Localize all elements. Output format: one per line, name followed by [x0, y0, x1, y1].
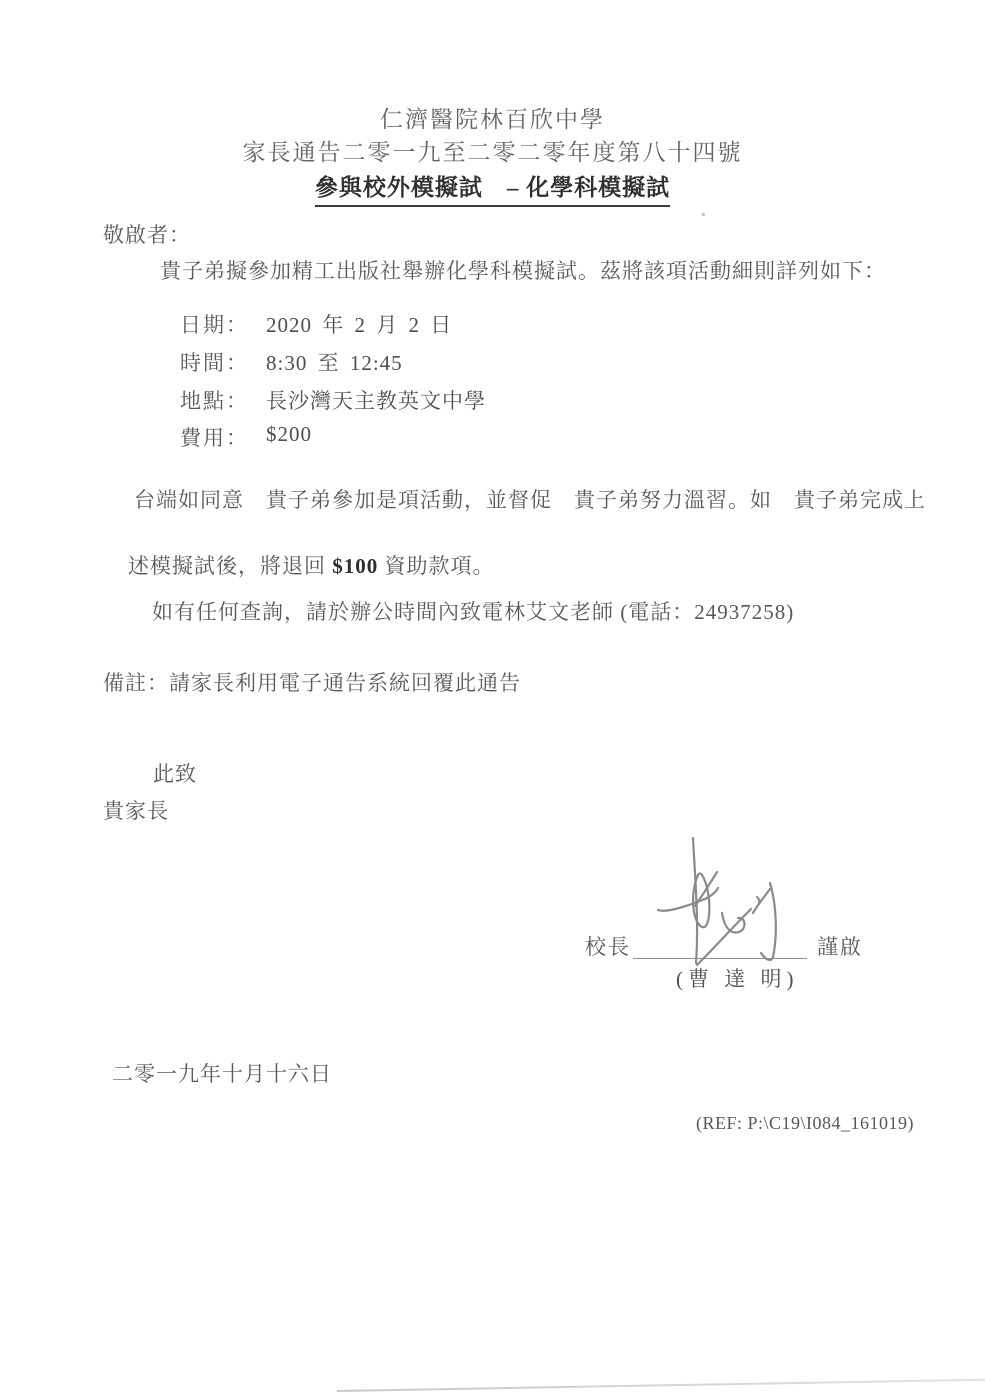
notice-number-line: 家長通告二零一九至二零二零年度第八十四號	[0, 134, 985, 167]
detail-row-time: 時間： 8:30 至 12:45	[180, 347, 403, 377]
detail-value-venue: 長沙灣天主教英文中學	[266, 385, 486, 415]
recipient: 貴家長	[103, 795, 169, 825]
detail-value-fee: $200	[266, 422, 312, 452]
signature-line	[633, 958, 807, 959]
detail-value-date: 2020 年 2 月 2 日	[266, 309, 452, 339]
body-line2-pre: 述模擬試後，將退回	[128, 554, 332, 578]
refund-amount: $100	[332, 554, 378, 578]
salutation: 敬啟者：	[103, 219, 191, 249]
signature-role: 校長	[585, 931, 631, 961]
detail-row-fee: 費用： $200	[180, 422, 312, 452]
notice-title-text: 參與校外模擬試 – 化學科模擬試	[315, 169, 670, 207]
closing-phrase: 此致	[153, 758, 197, 788]
detail-value-time: 8:30 至 12:45	[266, 347, 403, 377]
body-paragraph-line1: 台端如同意 貴子弟參加是項活動，並督促 貴子弟努力溫習。如 貴子弟完成上	[134, 484, 926, 514]
detail-row-date: 日期： 2020 年 2 月 2 日	[180, 309, 452, 339]
body-line2-post: 資助款項。	[378, 554, 494, 578]
issue-date: 二零一九年十月十六日	[112, 1058, 332, 1088]
event-details-list: 日期： 2020 年 2 月 2 日 時間： 8:30 至 12:45 地點： …	[180, 309, 680, 459]
notice-title: 參與校外模擬試 – 化學科模擬試	[0, 169, 985, 207]
detail-label-date: 日期：	[180, 309, 266, 339]
enquiry-line: 如有任何查詢，請於辦公時間內致電林艾文老師 (電話：24937258)	[152, 596, 794, 626]
signature-honorific: 謹啟	[817, 931, 863, 961]
principal-name: (曹 達 明)	[676, 963, 799, 993]
remark-line: 備註：請家長利用電子通告系統回覆此通告	[103, 667, 521, 697]
school-name: 仁濟醫院林百欣中學	[0, 101, 985, 134]
detail-row-venue: 地點： 長沙灣天主教英文中學	[180, 385, 486, 415]
intro-paragraph: 貴子弟擬參加精工出版社舉辦化學科模擬試。茲將該項活動細則詳列如下：	[160, 255, 886, 285]
scanned-letter-page: 仁濟醫院林百欣中學 家長通告二零一九至二零二零年度第八十四號 參與校外模擬試 –…	[0, 0, 985, 1394]
detail-label-fee: 費用：	[180, 422, 266, 452]
detail-label-time: 時間：	[180, 347, 266, 377]
reference-number: (REF: P:\C19\I084_161019)	[696, 1113, 914, 1134]
scan-speck	[702, 213, 705, 216]
principal-handwritten-signature	[645, 827, 795, 967]
scan-page-edge	[337, 1378, 985, 1392]
body-paragraph-line2: 述模擬試後，將退回 $100 資助款項。	[103, 525, 495, 605]
detail-label-venue: 地點：	[180, 385, 266, 415]
